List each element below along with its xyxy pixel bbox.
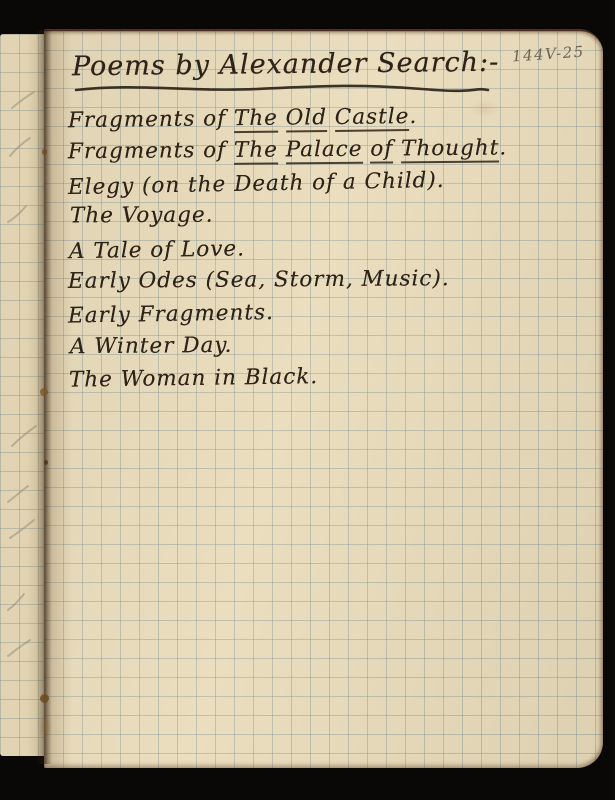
underlined-text: The	[234, 138, 278, 165]
binding-stitch	[42, 149, 47, 155]
underlined-text: Palace	[286, 137, 363, 165]
archive-reference: 144V-25	[512, 42, 586, 65]
poem-text: Elegy (on the Death of a Child).	[68, 168, 445, 200]
poem-text: .	[499, 136, 507, 161]
poem-title-line: The Woman in Black.	[68, 358, 593, 398]
page-title-text: Poems by Alexander Search:-	[72, 47, 502, 83]
poem-text: Early Fragments.	[68, 300, 274, 329]
page-title: Poems by Alexander Search:-	[72, 49, 502, 95]
binding-stitch	[40, 694, 49, 703]
poem-text: The Woman in Black.	[69, 364, 318, 392]
photo-background: 144V-25 Poems by Alexander Search:- Frag…	[0, 0, 615, 800]
poem-text	[327, 105, 335, 130]
underlined-text: Castle	[335, 104, 410, 132]
poem-text: Fragments of	[68, 138, 234, 164]
poem-text: Early Odes (Sea, Storm, Music).	[68, 266, 450, 294]
underlined-text: The	[234, 106, 278, 134]
poem-text: Fragments of	[68, 106, 234, 133]
poem-text	[278, 138, 286, 163]
poem-text: A Winter Day.	[70, 333, 233, 359]
pencil-bleedthrough	[0, 34, 44, 756]
title-underline	[72, 81, 492, 95]
binding-stitch	[40, 388, 48, 396]
poem-title-line: The Voyage.	[68, 199, 593, 234]
facing-page-edge	[0, 34, 44, 756]
underlined-text: Thought	[401, 136, 499, 164]
notebook-page: 144V-25 Poems by Alexander Search:- Frag…	[44, 29, 603, 768]
poem-text	[278, 106, 286, 131]
poem-text: The Voyage.	[70, 203, 214, 229]
binding-stitch	[44, 460, 48, 465]
poem-text: A Tale of Love.	[69, 236, 245, 264]
underlined-text: of	[370, 137, 393, 164]
poem-list: Fragments of The Old Castle.Fragments of…	[68, 103, 593, 395]
underlined-text: Old	[286, 105, 328, 133]
poem-text: .	[409, 104, 417, 129]
